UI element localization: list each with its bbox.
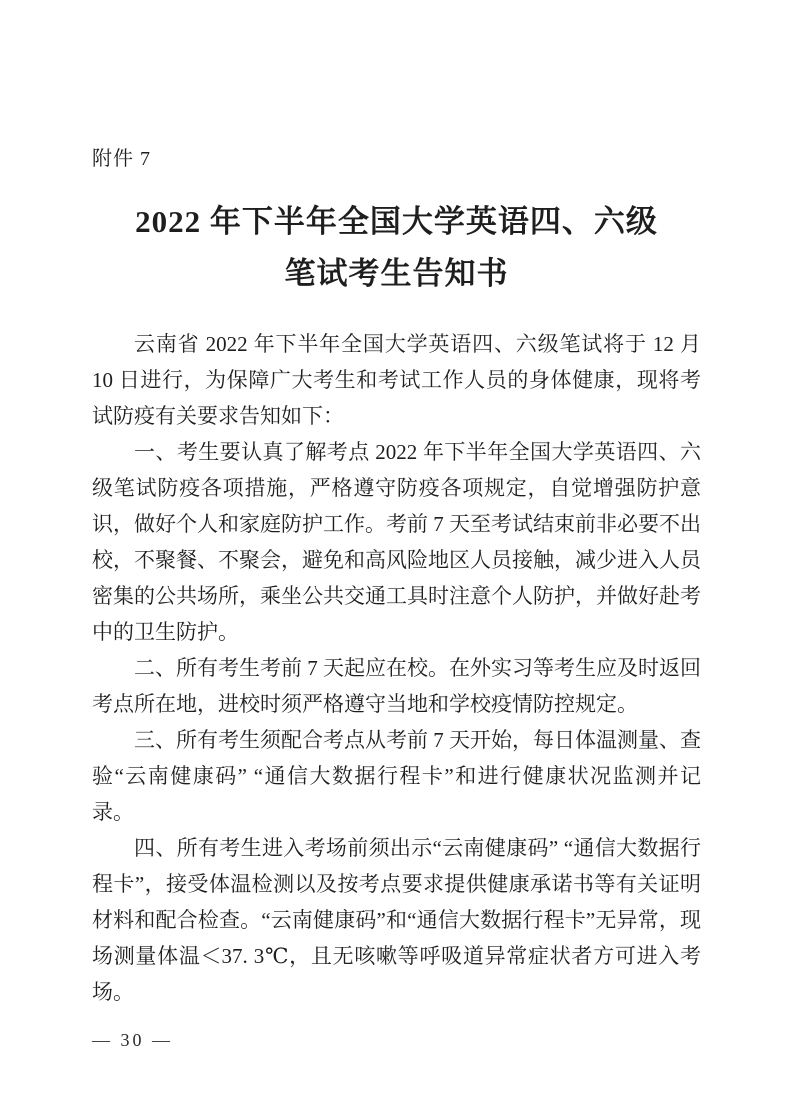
document-title: 2022 年下半年全国大学英语四、六级 笔试考生告知书 bbox=[92, 196, 701, 300]
body-paragraph-intro: 云南省 2022 年下半年全国大学英语四、六级笔试将于 12 月 10 日进行，… bbox=[92, 326, 701, 434]
title-line-1: 2022 年下半年全国大学英语四、六级 bbox=[92, 196, 701, 248]
attachment-label: 附件 7 bbox=[92, 146, 701, 172]
body-paragraph-item-4: 四、所有考生进入考场前须出示“云南健康码” “通信大数据行程卡”，接受体温检测以… bbox=[92, 830, 701, 1010]
body-paragraph-item-2: 二、所有考生考前 7 天起应在校。在外实习等考生应及时返回考点所在地，进校时须严… bbox=[92, 650, 701, 722]
body-paragraph-item-3: 三、所有考生须配合考点从考前 7 天开始，每日体温测量、查验“云南健康码” “通… bbox=[92, 722, 701, 830]
title-line-2: 笔试考生告知书 bbox=[92, 248, 701, 300]
body-paragraph-item-1: 一、考生要认真了解考点 2022 年下半年全国大学英语四、六级笔试防疫各项措施，… bbox=[92, 434, 701, 650]
document-page: 附件 7 2022 年下半年全国大学英语四、六级 笔试考生告知书 云南省 202… bbox=[0, 0, 792, 1119]
document-body: 云南省 2022 年下半年全国大学英语四、六级笔试将于 12 月 10 日进行，… bbox=[92, 326, 701, 1010]
page-number: — 30 — bbox=[92, 1028, 173, 1052]
